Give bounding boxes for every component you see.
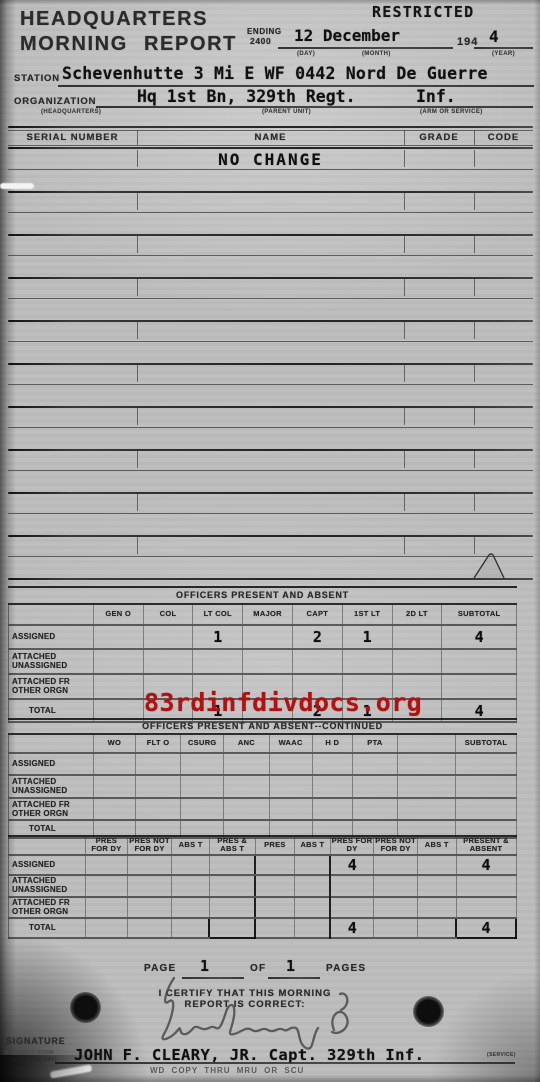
- value-cell: 2: [292, 625, 342, 649]
- value-cell: [181, 775, 224, 798]
- page-label: PAGE: [144, 963, 176, 974]
- roster-column-divider: [137, 451, 138, 468]
- value-cell: [243, 625, 293, 649]
- officers-continued-section: OFFICERS PRESENT AND ABSENT--CONTINUED W…: [8, 718, 517, 839]
- value-cell: [93, 625, 143, 649]
- value-cell: [312, 798, 352, 820]
- value-cell: [398, 753, 456, 775]
- roster-row-rule-light: [8, 212, 533, 213]
- year-underline: [474, 47, 533, 49]
- value-cell: [295, 897, 331, 918]
- value-cell: [374, 897, 418, 918]
- value-cell: [456, 875, 516, 897]
- spacer-cell: [9, 735, 94, 753]
- value-cell: [209, 855, 255, 875]
- roster-header-divider: [404, 130, 405, 145]
- form-reference-line1: W.D. A.G.O. FORM: [4, 1050, 54, 1056]
- roster-row-rule-light: [8, 255, 533, 256]
- roster-column-divider: [404, 408, 405, 425]
- value-cell: [209, 918, 255, 938]
- year-label: (YEAR): [492, 51, 515, 57]
- value-cell: [455, 798, 516, 820]
- roster-column-divider: [474, 365, 475, 382]
- value-cell: [143, 649, 193, 674]
- value-cell: [135, 753, 180, 775]
- value-cell: [352, 775, 397, 798]
- value-cell: [456, 897, 516, 918]
- roster-row-rule-light: [8, 169, 533, 170]
- roster-row-rule-light: [8, 556, 533, 557]
- value-cell: [295, 918, 331, 938]
- value-cell: [255, 875, 295, 897]
- roster-column-divider: [474, 322, 475, 339]
- value-cell: [193, 649, 243, 674]
- value-cell: [374, 855, 418, 875]
- row-label-2: ATTACHED FR OTHER ORGN: [9, 897, 86, 918]
- roster-top-rule-2: [8, 130, 533, 131]
- report-date: 12 December: [294, 26, 400, 45]
- roster-row-rule-light: [8, 513, 533, 514]
- roster-row-rule-light: [8, 470, 533, 471]
- value-cell: [93, 798, 135, 820]
- value-cell: [417, 918, 456, 938]
- row-label-2: ATTACHED FR OTHER ORGN: [9, 798, 94, 820]
- value-cell: [224, 798, 269, 820]
- value-cell: 1: [342, 625, 392, 649]
- row-label-0: ASSIGNED: [9, 625, 94, 649]
- service-sublabel: (SERVICE): [487, 1052, 516, 1058]
- spacer-cell: [9, 837, 86, 855]
- routing-note: WD COPY THRU MRU OR SCU: [150, 1066, 304, 1075]
- value-cell: [374, 875, 418, 897]
- value-cell: [269, 753, 312, 775]
- roster-header-rule: [8, 145, 533, 146]
- value-cell: [127, 875, 172, 897]
- roster-column-divider: [404, 322, 405, 339]
- roster-header-divider: [474, 130, 475, 145]
- row-label-0: ASSIGNED: [9, 855, 86, 875]
- value-cell: [172, 875, 210, 897]
- station-value: Schevenhutte 3 Mi E WF 0442 Nord De Guer…: [62, 64, 488, 83]
- roster-column-divider: [137, 408, 138, 425]
- value-cell: [312, 775, 352, 798]
- day-label: (DAY): [297, 51, 315, 57]
- arm-service-sublabel: (ARM OR SERVICE): [420, 109, 483, 115]
- organization-arm: Inf.: [416, 87, 456, 106]
- roster-column-divider: [137, 150, 138, 167]
- value-cell: [269, 798, 312, 820]
- spacer-cell: [9, 605, 94, 625]
- roster-column-divider: [404, 537, 405, 554]
- hole-punch-left: [70, 992, 101, 1023]
- value-cell: [342, 649, 392, 674]
- column-header-2: CSURG: [181, 735, 224, 753]
- column-header-8: ABS T: [417, 837, 456, 855]
- value-cell: [442, 674, 517, 699]
- roster-row-rule: [8, 277, 533, 279]
- column-header-2: ABS T: [172, 837, 210, 855]
- scratch-white-dash: [0, 183, 34, 189]
- roster-header-rule-2: [8, 147, 533, 149]
- value-cell: [417, 875, 456, 897]
- value-cell: [86, 855, 128, 875]
- value-cell: [417, 897, 456, 918]
- month-label: (MONTH): [362, 51, 391, 57]
- roster-row-rule: [8, 406, 533, 408]
- column-header-7: PRES NOT FOR DY: [374, 837, 418, 855]
- date-underline: [278, 47, 453, 49]
- page-number: 1: [200, 957, 209, 975]
- value-cell: [295, 875, 331, 897]
- pages-underline: [268, 977, 320, 979]
- value-cell: [352, 798, 397, 820]
- organization-label: ORGANIZATION: [14, 96, 96, 107]
- watermark-text: 83rdinfdivdocs.org: [144, 688, 422, 717]
- roster-header-divider: [137, 130, 138, 145]
- roster-column-divider: [474, 150, 475, 167]
- headquarters-sublabel: (HEADQUARTERS): [41, 109, 101, 115]
- value-cell: 4: [456, 918, 516, 938]
- signature-underline: [55, 1062, 515, 1064]
- roster-column-divider: [137, 322, 138, 339]
- value-cell: [392, 649, 442, 674]
- roster-column-divider: [474, 537, 475, 554]
- strength-table: PRES FOR DYPRES NOT FOR DYABS TPRES & AB…: [8, 837, 517, 939]
- value-cell: [86, 897, 128, 918]
- value-cell: [135, 775, 180, 798]
- value-cell: 4: [330, 918, 374, 938]
- roster-column-divider: [137, 193, 138, 210]
- row-label-2: ATTACHED FR OTHER ORGN: [9, 674, 94, 699]
- roster-column-divider: [474, 408, 475, 425]
- roster-row-rule: [8, 492, 533, 494]
- roster-column-divider: [137, 537, 138, 554]
- value-cell: [93, 649, 143, 674]
- roster-row-rule-light: [8, 298, 533, 299]
- value-cell: [398, 798, 456, 820]
- roster-column-divider: [474, 494, 475, 511]
- column-header-4: WAAC: [269, 735, 312, 753]
- roster-row-rule: [8, 320, 533, 322]
- roster-column-divider: [474, 451, 475, 468]
- of-label: OF: [250, 963, 266, 974]
- value-cell: [374, 918, 418, 938]
- row-label-1: ATTACHED UNASSIGNED: [9, 875, 86, 897]
- column-header-7: SUBTOTAL: [442, 605, 517, 625]
- value-cell: [172, 855, 210, 875]
- form-reference-line2: MARCH 25, 1943: [12, 1057, 57, 1063]
- value-cell: 1: [193, 625, 243, 649]
- value-cell: [93, 753, 135, 775]
- value-cell: [181, 753, 224, 775]
- roster-top-rule: [8, 126, 533, 128]
- form-title-line1: HEADQUARTERS: [20, 8, 208, 31]
- roster-column-name: NAME: [137, 132, 404, 143]
- value-cell: [255, 897, 295, 918]
- roster-column-divider: [404, 365, 405, 382]
- pages-label: PAGES: [326, 963, 366, 974]
- column-header-6: 2D LT: [392, 605, 442, 625]
- column-header-0: PRES FOR DY: [86, 837, 128, 855]
- column-header-9: PRESENT & ABSENT: [456, 837, 516, 855]
- station-label: STATION: [14, 73, 60, 84]
- roster-column-divider: [474, 193, 475, 210]
- roster-column-divider: [137, 279, 138, 296]
- value-cell: 4: [442, 625, 517, 649]
- column-header-4: CAPT: [292, 605, 342, 625]
- column-header-5: 1ST LT: [342, 605, 392, 625]
- value-cell: [255, 855, 295, 875]
- value-cell: 4: [456, 855, 516, 875]
- column-header-3: MAJOR: [243, 605, 293, 625]
- roster-column-divider: [404, 279, 405, 296]
- roster-row-rule-light: [8, 384, 533, 385]
- column-header-7: [398, 735, 456, 753]
- column-header-3: PRES & ABS T: [209, 837, 255, 855]
- value-cell: [143, 625, 193, 649]
- roster-row-rule: [8, 449, 533, 451]
- column-header-0: WO: [93, 735, 135, 753]
- scratch-white-streak: [50, 1064, 93, 1078]
- roster-column-divider: [474, 279, 475, 296]
- value-cell: [181, 798, 224, 820]
- roster-row-rule: [8, 535, 533, 537]
- officers-continued-title: OFFICERS PRESENT AND ABSENT--CONTINUED: [8, 718, 517, 735]
- signature-label: SIGNATURE: [6, 1036, 66, 1046]
- value-cell: [255, 918, 295, 938]
- row-label-1: ATTACHED UNASSIGNED: [9, 649, 94, 674]
- roster-column-divider: [404, 150, 405, 167]
- roster-column-grade: GRADE: [404, 132, 474, 143]
- row-label-3: TOTAL: [9, 918, 86, 938]
- column-header-5: ABS T: [295, 837, 331, 855]
- value-cell: [312, 753, 352, 775]
- roster-row-rule-light: [8, 427, 533, 428]
- value-cell: [352, 753, 397, 775]
- value-cell: [455, 775, 516, 798]
- roster-column-divider: [137, 236, 138, 253]
- ending-time: 2400: [250, 36, 271, 46]
- column-header-1: PRES NOT FOR DY: [127, 837, 172, 855]
- roster-row-rule: [8, 234, 533, 236]
- value-cell: [127, 855, 172, 875]
- value-cell: [86, 875, 128, 897]
- value-cell: [224, 775, 269, 798]
- column-header-6: PTA: [352, 735, 397, 753]
- value-cell: [172, 897, 210, 918]
- organization-unit: Hq 1st Bn, 329th Regt.: [137, 87, 356, 106]
- column-header-5: H D: [312, 735, 352, 753]
- pages-total: 1: [286, 957, 295, 975]
- column-header-6: PRES FOR DY: [330, 837, 374, 855]
- strength-section: PRES FOR DYPRES NOT FOR DYABS TPRES & AB…: [8, 835, 517, 939]
- officers-continued-table: WOFLT OCSURGANCWAACH DPTASUBTOTALASSIGNE…: [8, 735, 517, 839]
- row-label-0: ASSIGNED: [9, 753, 94, 775]
- hole-punch-right: [413, 996, 444, 1027]
- row-label-1: ATTACHED UNASSIGNED: [9, 775, 94, 798]
- value-cell: [127, 897, 172, 918]
- column-header-0: GEN O: [93, 605, 143, 625]
- roster-column-divider: [404, 451, 405, 468]
- column-header-8: SUBTOTAL: [455, 735, 516, 753]
- value-cell: [243, 649, 293, 674]
- roster-column-code: CODE: [474, 132, 533, 143]
- value-cell: [224, 753, 269, 775]
- roster-entry-no-change: NO CHANGE: [137, 150, 404, 169]
- value-cell: [417, 855, 456, 875]
- roster-bottom-rule: [8, 578, 533, 580]
- morning-report-document: HEADQUARTERS MORNING REPORT RESTRICTED E…: [0, 0, 540, 1082]
- roster-column-divider: [474, 236, 475, 253]
- value-cell: [93, 674, 143, 699]
- value-cell: [442, 649, 517, 674]
- value-cell: [330, 875, 374, 897]
- value-cell: [292, 649, 342, 674]
- value-cell: 4: [330, 855, 374, 875]
- parent-unit-sublabel: (PARENT UNIT): [262, 109, 311, 115]
- value-cell: [135, 798, 180, 820]
- value-cell: [172, 918, 210, 938]
- organization-underline: [96, 106, 533, 108]
- column-header-3: ANC: [224, 735, 269, 753]
- value-cell: [86, 918, 128, 938]
- ending-label: ENDING: [247, 27, 282, 36]
- roster-column-divider: [404, 494, 405, 511]
- classification-stamp: RESTRICTED: [372, 3, 474, 21]
- value-cell: [269, 775, 312, 798]
- value-cell: [455, 753, 516, 775]
- value-cell: [392, 625, 442, 649]
- roster-column-serial: SERIAL NUMBER: [8, 132, 137, 143]
- value-cell: [93, 775, 135, 798]
- page-underline: [182, 977, 244, 979]
- value-cell: [295, 855, 331, 875]
- value-cell: [209, 875, 255, 897]
- roster-row-rule-light: [8, 341, 533, 342]
- roster-row-rule: [8, 191, 533, 193]
- roster-column-divider: [137, 365, 138, 382]
- roster-column-divider: [404, 193, 405, 210]
- form-title-line2: MORNING REPORT: [20, 33, 237, 56]
- column-header-1: FLT O: [135, 735, 180, 753]
- roster-row-rule: [8, 363, 533, 365]
- officers-table-title: OFFICERS PRESENT AND ABSENT: [8, 586, 517, 605]
- roster-column-divider: [137, 494, 138, 511]
- column-header-4: PRES: [255, 837, 295, 855]
- value-cell: [398, 775, 456, 798]
- value-cell: [209, 897, 255, 918]
- value-cell: [127, 918, 172, 938]
- value-cell: [330, 897, 374, 918]
- column-header-1: COL: [143, 605, 193, 625]
- year-value: 4: [489, 27, 499, 46]
- column-header-2: LT COL: [193, 605, 243, 625]
- roster-column-divider: [404, 236, 405, 253]
